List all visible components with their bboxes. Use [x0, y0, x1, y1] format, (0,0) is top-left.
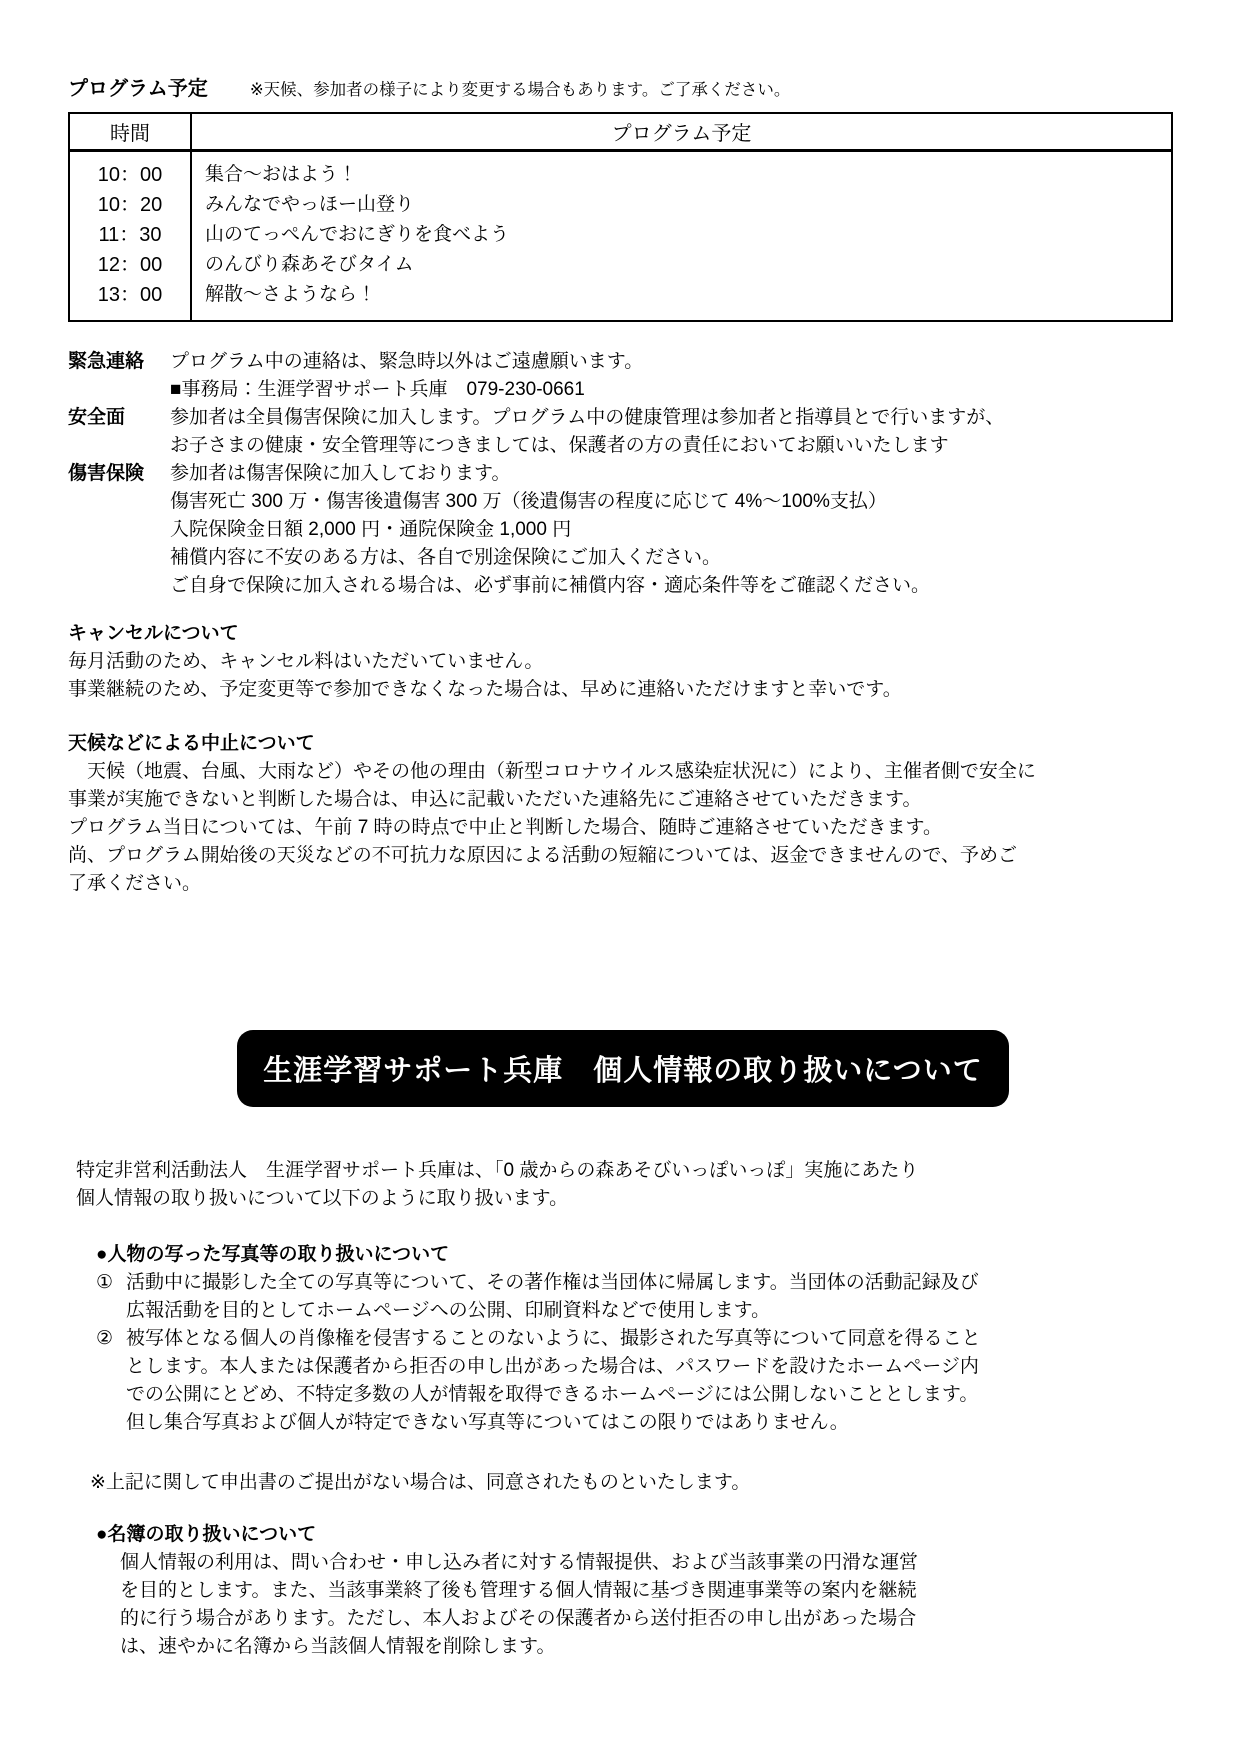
- table-cell-program: 集合～おはよう！: [205, 160, 1171, 190]
- document-page: プログラム予定 ※天候、参加者の様子により変更する場合もあります。ご了承ください…: [0, 0, 1241, 1755]
- weather-cancellation-section: 天候などによる中止について 天候（地震、台風、大雨など）やその他の理由（新型コロ…: [68, 730, 1183, 898]
- info-sections: 緊急連絡 プログラム中の連絡は、緊急時以外はご遠慮願います。 ■事務局：生涯学習…: [68, 348, 1183, 600]
- text-line: 事業継続のため、予定変更等で参加できなくなった場合は、早めに連絡いただけますと幸…: [68, 676, 1183, 704]
- text-line: 入院保険金日額 2,000 円・通院保険金 1,000 円: [170, 516, 1183, 544]
- cancellation-section: キャンセルについて 毎月活動のため、キャンセル料はいただいていません。 事業継続…: [68, 620, 1183, 704]
- privacy-policy-banner-title: 生涯学習サポート兵庫 個人情報の取り扱いについて: [263, 1048, 982, 1089]
- roster-handling-heading: ●名簿の取り扱いについて: [96, 1521, 1183, 1549]
- text-line: を目的とします。また、当該事業終了後も管理する個人情報に基づき関連事業等の案内を…: [120, 1577, 1183, 1605]
- column-header-time: 時間: [70, 114, 192, 149]
- circled-number-1: ①: [96, 1269, 126, 1325]
- text-line: 了承ください。: [68, 870, 1183, 898]
- section-content: 参加者は傷害保険に加入しております。 傷害死亡 300 万・傷害後遺傷害 300…: [170, 460, 1183, 600]
- table-cell-program: 解散～さようなら！: [205, 280, 1171, 310]
- text-line: 参加者は傷害保険に加入しております。: [170, 460, 1183, 488]
- text-line: 事業が実施できないと判断した場合は、申込に記載いただいた連絡先にご連絡させていた…: [68, 786, 1183, 814]
- program-schedule-heading: プログラム予定: [68, 72, 208, 101]
- text-line: での公開にとどめ、不特定多数の人が情報を取得できるホームページには公開しないこと…: [126, 1381, 981, 1409]
- section-label-safety: 安全面: [68, 404, 170, 460]
- list-item-text: 活動中に撮影した全ての写真等について、その著作権は当団体に帰属します。当団体の活…: [126, 1269, 979, 1325]
- table-cell-time: 12：00: [70, 250, 190, 280]
- list-item-text: 被写体となる個人の肖像権を侵害することのないように、撮影された写真等について同意…: [126, 1325, 981, 1437]
- text-line: 但し集合写真および個人が特定できない写真等についてはこの限りではありません。: [126, 1409, 981, 1437]
- text-line: 参加者は全員傷害保険に加入します。プログラム中の健康管理は参加者と指導員とで行い…: [170, 404, 1183, 432]
- text-line: とします。本人または保護者から拒否の申し出があった場合は、パスワードを設けたホー…: [126, 1353, 981, 1381]
- consent-note: ※上記に関して申出書のご提出がない場合は、同意されたものといたします。: [90, 1469, 1183, 1497]
- schedule-table: 時間 プログラム予定 10：00 10：20 11：30 12：00 13：00…: [68, 112, 1173, 322]
- section-content: プログラム中の連絡は、緊急時以外はご遠慮願います。 ■事務局：生涯学習サポート兵…: [170, 348, 1183, 404]
- privacy-policy-banner: 生涯学習サポート兵庫 個人情報の取り扱いについて: [237, 1030, 1009, 1107]
- circled-number-2: ②: [96, 1325, 126, 1437]
- section-content: 参加者は全員傷害保険に加入します。プログラム中の健康管理は参加者と指導員とで行い…: [170, 404, 1183, 460]
- table-cell-time: 13：00: [70, 280, 190, 310]
- text-line: は、速やかに名簿から当該個人情報を削除します。: [120, 1633, 1183, 1661]
- text-line: お子さまの健康・安全管理等につきましては、保護者の方の責任においてお願いいたしま…: [170, 432, 1183, 460]
- text-line: 被写体となる個人の肖像権を侵害することのないように、撮影された写真等について同意…: [126, 1325, 981, 1353]
- table-cell-program: 山のてっぺんでおにぎりを食べよう: [205, 220, 1171, 250]
- table-cell-program: のんびり森あそびタイム: [205, 250, 1171, 280]
- text-line: 傷害死亡 300 万・傷害後遺傷害 300 万（後遺傷害の程度に応じて 4%～1…: [170, 488, 1183, 516]
- document-content: プログラム予定 ※天候、参加者の様子により変更する場合もあります。ご了承ください…: [0, 0, 1241, 1661]
- text-line: 補償内容に不安のある方は、各自で別途保険にご加入ください。: [170, 544, 1183, 572]
- list-item: ② 被写体となる個人の肖像権を侵害することのないように、撮影された写真等について…: [96, 1325, 1183, 1437]
- text-line: ご自身で保険に加入される場合は、必ず事前に補償内容・適応条件等をご確認ください。: [170, 572, 1183, 600]
- column-header-program: プログラム予定: [192, 114, 1171, 149]
- photo-handling-section: ●人物の写った写真等の取り扱いについて ① 活動中に撮影した全ての写真等について…: [96, 1241, 1183, 1437]
- table-cell-time: 10：00: [70, 160, 190, 190]
- text-line: 個人情報の取り扱いについて以下のように取り扱います。: [76, 1185, 1183, 1213]
- program-column: 集合～おはよう！ みんなでやっほー山登り 山のてっぺんでおにぎりを食べよう のん…: [192, 152, 1171, 320]
- weather-cancellation-heading: 天候などによる中止について: [68, 730, 1183, 758]
- photo-handling-heading: ●人物の写った写真等の取り扱いについて: [96, 1241, 1183, 1269]
- text-line: 的に行う場合があります。ただし、本人およびその保護者から送付拒否の申し出があった…: [120, 1605, 1183, 1633]
- schedule-table-body: 10：00 10：20 11：30 12：00 13：00 集合～おはよう！ み…: [70, 152, 1171, 320]
- program-schedule-header: プログラム予定 ※天候、参加者の様子により変更する場合もあります。ご了承ください…: [68, 72, 1183, 101]
- program-schedule-note: ※天候、参加者の様子により変更する場合もあります。ご了承ください。: [250, 76, 791, 100]
- table-cell-time: 11：30: [70, 220, 190, 250]
- roster-handling-body: 個人情報の利用は、問い合わせ・申し込み者に対する情報提供、および当該事業の円滑な…: [120, 1549, 1183, 1661]
- text-line: 広報活動を目的としてホームページへの公開、印刷資料などで使用します。: [126, 1297, 979, 1325]
- text-line: 特定非営利活動法人 生涯学習サポート兵庫は、「0 歳からの森あそびいっぽいっぽ」…: [76, 1157, 1183, 1185]
- text-line: プログラム中の連絡は、緊急時以外はご遠慮願います。: [170, 348, 1183, 376]
- table-cell-program: みんなでやっほー山登り: [205, 190, 1171, 220]
- table-cell-time: 10：20: [70, 190, 190, 220]
- emergency-contact-section: 緊急連絡 プログラム中の連絡は、緊急時以外はご遠慮願います。 ■事務局：生涯学習…: [68, 348, 1183, 404]
- safety-section: 安全面 参加者は全員傷害保険に加入します。プログラム中の健康管理は参加者と指導員…: [68, 404, 1183, 460]
- privacy-intro: 特定非営利活動法人 生涯学習サポート兵庫は、「0 歳からの森あそびいっぽいっぽ」…: [76, 1157, 1183, 1213]
- list-item: ① 活動中に撮影した全ての写真等について、その著作権は当団体に帰属します。当団体…: [96, 1269, 1183, 1325]
- text-line: 個人情報の利用は、問い合わせ・申し込み者に対する情報提供、および当該事業の円滑な…: [120, 1549, 1183, 1577]
- section-label-insurance: 傷害保険: [68, 460, 170, 600]
- cancellation-heading: キャンセルについて: [68, 620, 1183, 648]
- roster-handling-section: ●名簿の取り扱いについて 個人情報の利用は、問い合わせ・申し込み者に対する情報提…: [96, 1521, 1183, 1661]
- text-line: 活動中に撮影した全ての写真等について、その著作権は当団体に帰属します。当団体の活…: [126, 1269, 979, 1297]
- schedule-table-header: 時間 プログラム予定: [70, 114, 1171, 152]
- text-line: 尚、プログラム開始後の天災などの不可抗力な原因による活動の短縮については、返金で…: [68, 842, 1183, 870]
- text-line: 毎月活動のため、キャンセル料はいただいていません。: [68, 648, 1183, 676]
- text-line: ■事務局：生涯学習サポート兵庫 079-230-0661: [170, 376, 1183, 404]
- text-line: 天候（地震、台風、大雨など）やその他の理由（新型コロナウイルス感染症状況に）によ…: [68, 758, 1183, 786]
- time-column: 10：00 10：20 11：30 12：00 13：00: [70, 152, 192, 320]
- text-line: プログラム当日については、午前 7 時の時点で中止と判断した場合、随時ご連絡させ…: [68, 814, 1183, 842]
- injury-insurance-section: 傷害保険 参加者は傷害保険に加入しております。 傷害死亡 300 万・傷害後遺傷…: [68, 460, 1183, 600]
- section-label-emergency: 緊急連絡: [68, 348, 170, 404]
